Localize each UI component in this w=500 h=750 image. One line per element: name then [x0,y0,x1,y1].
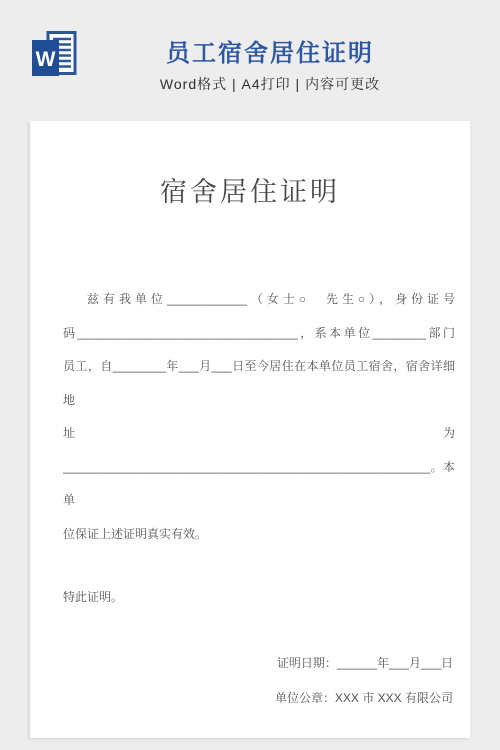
body-line-2: 码_________________________________，系本单位_… [63,317,455,351]
header-title: 员工宿舍居住证明 [40,41,500,67]
header: W 员工宿舍居住证明 Word格式 | A4打印 | 内容可更改 [0,0,500,121]
word-icon: W [32,31,78,81]
body-line-1: 兹有我单位____________（女士○ 先生○），身份证号 [63,283,455,317]
document-page: 宿舍居住证明 兹有我单位____________（女士○ 先生○），身份证号 码… [30,121,470,738]
date-line: 证明日期：______年___月___日 [30,646,453,681]
document-heading: 宿舍居住证明 [30,173,470,211]
signature-block: 证明日期：______年___月___日 单位公章：XXX 市 XXX 有限公司 [30,646,470,716]
header-subtitle: Word格式 | A4打印 | 内容可更改 [40,76,500,92]
document-body: 兹有我单位____________（女士○ 先生○），身份证号 码_______… [30,283,470,551]
body-line-5: 位保证上述证明真实有效。 [63,518,455,552]
body-line-3: 员工，自________年___月___日至今居住在本单位员工宿舍，宿舍详细地 [63,350,455,417]
page-background: W 员工宿舍居住证明 Word格式 | A4打印 | 内容可更改 宿舍居住证明 … [0,0,500,750]
word-icon-letter: W [36,48,56,71]
seal-line: 单位公章：XXX 市 XXX 有限公司 [30,681,453,716]
body-line-4: 址为______________________________________… [63,417,455,518]
word-icon-graphic: W [32,31,78,81]
closing-line: 特此证明。 [30,581,470,614]
